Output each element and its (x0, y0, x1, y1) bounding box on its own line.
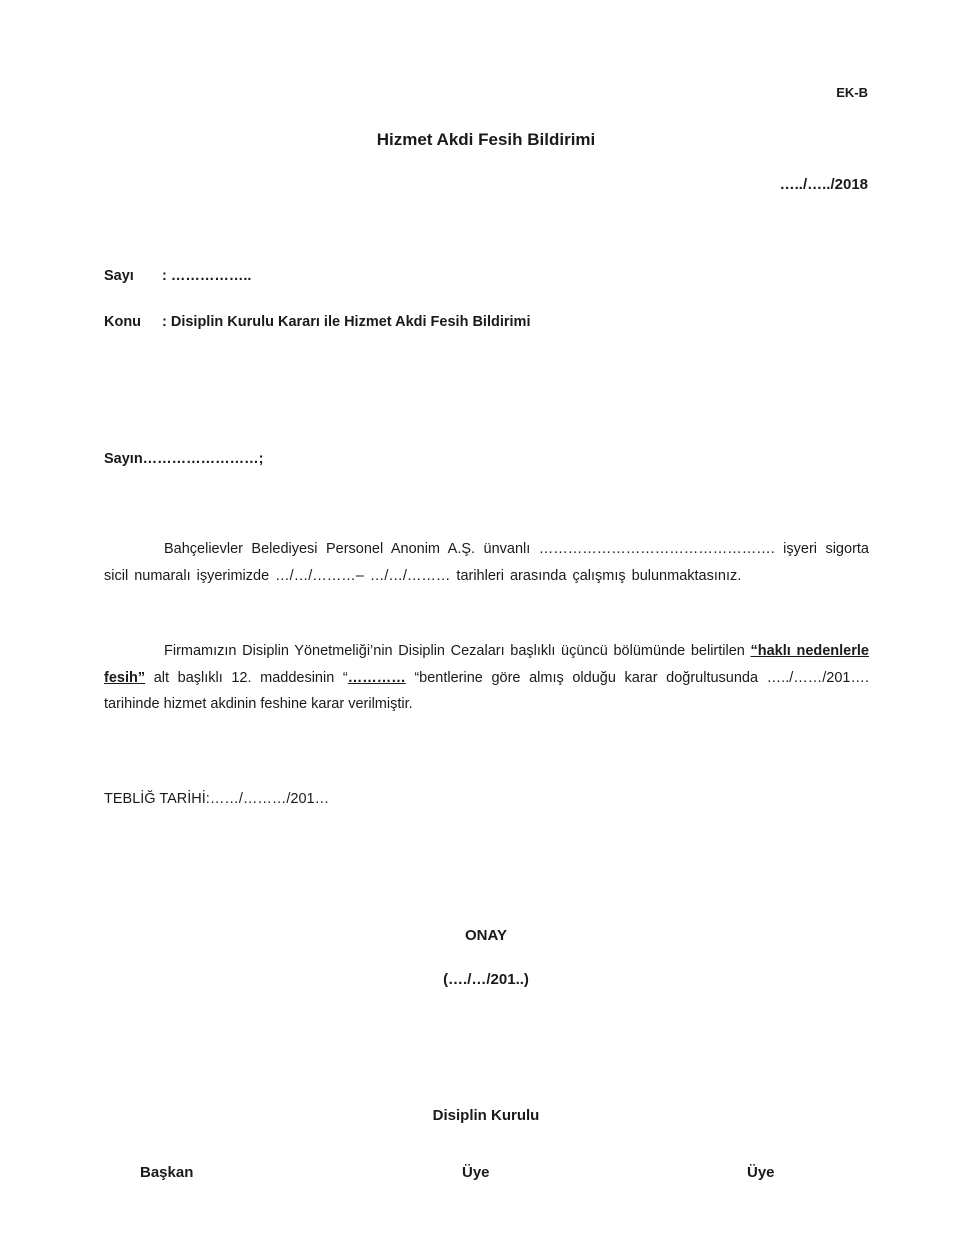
signatory-member-2: Üye (747, 1164, 775, 1181)
reference-number-row: Sayı: …………….. (104, 268, 251, 284)
reference-number-label: Sayı (104, 268, 162, 284)
board-heading: Disiplin Kurulu (0, 1107, 960, 1124)
document-date: …../…../2018 (780, 176, 868, 193)
subject-value: : Disiplin Kurulu Kararı ile Hizmet Akdi… (162, 314, 530, 330)
body-paragraph-employment: Bahçelievler Belediyesi Personel Anonim … (104, 536, 869, 589)
emphasized-blank: ………… (348, 670, 406, 686)
document-title: Hizmet Akdi Fesih Bildirimi (0, 130, 960, 150)
annex-label: EK-B (836, 85, 868, 100)
approval-heading: ONAY (0, 927, 960, 944)
signatory-chair: Başkan (140, 1164, 193, 1181)
salutation: Sayın……………………; (104, 451, 264, 467)
paragraph-text: Firmamızın Disiplin Yönetmeliği’nin Disi… (164, 643, 751, 659)
reference-number-value: : …………….. (162, 268, 251, 284)
subject-row: Konu: Disiplin Kurulu Kararı ile Hizmet … (104, 314, 530, 330)
paragraph-text: alt başlıklı 12. maddesinin “ (145, 670, 348, 686)
notification-date: TEBLİĞ TARİHİ:……/………/201… (104, 791, 329, 807)
body-paragraph-termination: Firmamızın Disiplin Yönetmeliği’nin Disi… (104, 638, 869, 718)
signatory-member-1: Üye (462, 1164, 490, 1181)
document-page: EK-B Hizmet Akdi Fesih Bildirimi …../…..… (0, 0, 960, 1252)
subject-label: Konu (104, 314, 162, 330)
approval-date: (…./…/201..) (0, 971, 960, 988)
